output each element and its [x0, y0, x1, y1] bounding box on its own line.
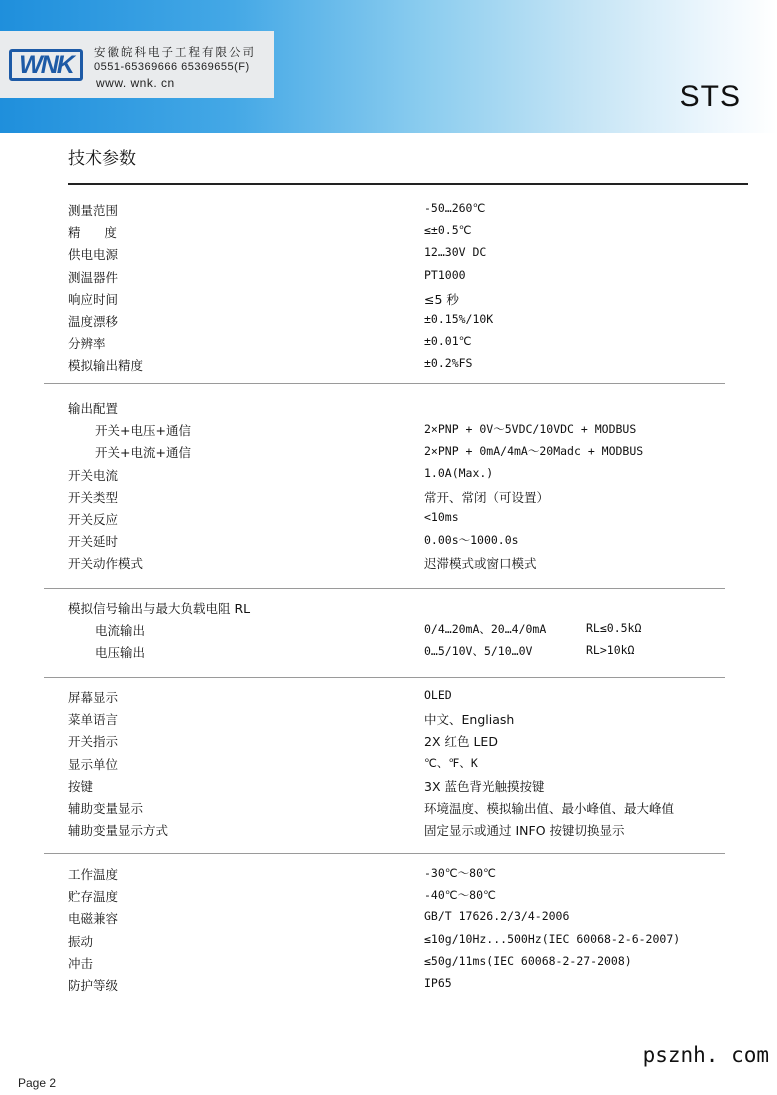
- spec-label: 响应时间: [68, 290, 118, 308]
- spec-row: 辅助变量显示环境温度、模拟输出值、最小峰值、最大峰值: [0, 799, 777, 821]
- spec-label: 显示单位: [68, 755, 118, 773]
- spec-row: 电流输出0/4…20mA、20…4/0mARL≤0.5kΩ: [0, 621, 777, 643]
- spec-row: 供电电源12…30V DC: [0, 245, 777, 267]
- spec-value: 迟滞模式或窗口模式: [424, 554, 537, 572]
- spec-row: 屏幕显示OLED: [0, 688, 777, 710]
- company-name: 安徽皖科电子工程有限公司: [94, 44, 256, 60]
- title-rule: [68, 183, 748, 185]
- spec-row: 测温器件PT1000: [0, 268, 777, 290]
- spec-row: 温度漂移±0.15%/10K: [0, 312, 777, 334]
- spec-value: 0…5/10V、5/10…0V: [424, 643, 532, 659]
- spec-row: 模拟信号输出与最大负载电阻 RL: [0, 599, 777, 621]
- spec-value: 2×PNP + 0V～5VDC/10VDC + MODBUS: [424, 421, 636, 437]
- spec-value: ±0.15%/10K: [424, 312, 493, 326]
- spec-row: 电磁兼容GB/T 17626.2/3/4-2006: [0, 909, 777, 931]
- spec-label: 开关指示: [68, 732, 118, 750]
- spec-label: 按键: [68, 777, 93, 795]
- spec-value: ≤5 秒: [424, 290, 459, 308]
- spec-row: 开关动作模式迟滞模式或窗口模式: [0, 554, 777, 576]
- spec-label: 冲击: [68, 954, 93, 972]
- spec-value: 固定显示或通过 INFO 按键切换显示: [424, 821, 625, 839]
- spec-label: 菜单语言: [68, 710, 118, 728]
- spec-label: 辅助变量显示: [68, 799, 143, 817]
- spec-label: 振动: [68, 932, 93, 950]
- spec-value: ≤±0.5℃: [424, 223, 472, 237]
- spec-row: 开关延时0.00s～1000.0s: [0, 532, 777, 554]
- company-website: www. wnk. cn: [96, 76, 175, 90]
- spec-value: 0/4…20mA、20…4/0mA: [424, 621, 546, 637]
- spec-row: 开关指示2X 红色 LED: [0, 732, 777, 754]
- spec-value: 2X 红色 LED: [424, 732, 498, 750]
- spec-row: 电压输出0…5/10V、5/10…0VRL>10kΩ: [0, 643, 777, 665]
- company-phone: 0551-65369666 65369655(F): [94, 61, 250, 73]
- spec-row: 分辨率±0.01℃: [0, 334, 777, 356]
- spec-value: 3X 蓝色背光触摸按键: [424, 777, 545, 795]
- spec-row: 输出配置: [0, 399, 777, 421]
- page-number: Page 2: [18, 1076, 56, 1090]
- spec-value: 常开、常闭（可设置）: [424, 488, 549, 506]
- spec-label: 辅助变量显示方式: [68, 821, 168, 839]
- spec-label: 工作温度: [68, 865, 118, 883]
- spec-label: 温度漂移: [68, 312, 118, 330]
- spec-value: ≤50g/11ms(IEC 60068-2-27-2008): [424, 954, 632, 968]
- spec-row: 按键3X 蓝色背光触摸按键: [0, 777, 777, 799]
- spec-label: 模拟输出精度: [68, 356, 143, 374]
- spec-label: 贮存温度: [68, 887, 118, 905]
- spec-value: ≤10g/10Hz...500Hz(IEC 60068-2-6-2007): [424, 932, 680, 946]
- page-title: 技术参数: [68, 144, 136, 169]
- spec-load-resistance: RL≤0.5kΩ: [586, 621, 641, 635]
- spec-label: 分辨率: [68, 334, 106, 352]
- spec-row: 冲击≤50g/11ms(IEC 60068-2-27-2008): [0, 954, 777, 976]
- spec-row: 模拟输出精度±0.2%FS: [0, 356, 777, 378]
- wnk-logo: WNK: [9, 49, 83, 81]
- spec-label: 电流输出: [95, 621, 145, 639]
- spec-value: PT1000: [424, 268, 466, 282]
- spec-row: 测量范围-50…260℃: [0, 201, 777, 223]
- spec-row: 开关+电流+通信2×PNP + 0mA/4mA～20Madc + MODBUS: [0, 443, 777, 465]
- spec-value: GB/T 17626.2/3/4-2006: [424, 909, 569, 923]
- spec-row: 辅助变量显示方式固定显示或通过 INFO 按键切换显示: [0, 821, 777, 843]
- spec-label: 开关电流: [68, 466, 118, 484]
- spec-label: 测温器件: [68, 268, 118, 286]
- spec-row: 开关+电压+通信2×PNP + 0V～5VDC/10VDC + MODBUS: [0, 421, 777, 443]
- company-banner: WNK 安徽皖科电子工程有限公司 0551-65369666 65369655(…: [0, 31, 274, 98]
- spec-row: 开关反应<10ms: [0, 510, 777, 532]
- spec-label: 开关动作模式: [68, 554, 143, 572]
- spec-value: <10ms: [424, 510, 459, 524]
- section-divider: [44, 677, 725, 678]
- spec-label: 开关延时: [68, 532, 118, 550]
- spec-label: 开关反应: [68, 510, 118, 528]
- spec-value: 1.0A(Max.): [424, 466, 493, 480]
- spec-value: 0.00s～1000.0s: [424, 532, 519, 548]
- spec-row: 贮存温度-40℃～80℃: [0, 887, 777, 909]
- section-divider: [44, 588, 725, 589]
- spec-value: ℃、℉、K: [424, 755, 478, 771]
- spec-row: 精 度≤±0.5℃: [0, 223, 777, 245]
- spec-value: ±0.2%FS: [424, 356, 472, 370]
- spec-load-resistance: RL>10kΩ: [586, 643, 634, 657]
- product-model: STS: [680, 80, 741, 114]
- spec-value: ±0.01℃: [424, 334, 472, 348]
- spec-label: 开关类型: [68, 488, 118, 506]
- spec-value: 2×PNP + 0mA/4mA～20Madc + MODBUS: [424, 443, 643, 459]
- spec-label: 供电电源: [68, 245, 118, 263]
- spec-label: 模拟信号输出与最大负载电阻 RL: [68, 599, 250, 617]
- spec-value: -30℃～80℃: [424, 865, 496, 881]
- spec-label: 测量范围: [68, 201, 118, 219]
- spec-row: 开关电流1.0A(Max.): [0, 466, 777, 488]
- spec-label: 输出配置: [68, 399, 118, 417]
- spec-row: 振动≤10g/10Hz...500Hz(IEC 60068-2-6-2007): [0, 932, 777, 954]
- spec-value: -50…260℃: [424, 201, 485, 215]
- spec-value: 中文、Engliash: [424, 710, 514, 728]
- spec-label: 开关+电流+通信: [95, 443, 191, 461]
- spec-value: 环境温度、模拟输出值、最小峰值、最大峰值: [424, 799, 674, 817]
- spec-label: 开关+电压+通信: [95, 421, 191, 439]
- spec-label: 电压输出: [95, 643, 145, 661]
- spec-label: 防护等级: [68, 976, 118, 994]
- section-divider: [44, 383, 725, 384]
- spec-row: 菜单语言中文、Engliash: [0, 710, 777, 732]
- spec-value: -40℃～80℃: [424, 887, 496, 903]
- spec-row: 防护等级IP65: [0, 976, 777, 998]
- section-divider: [44, 853, 725, 854]
- spec-value: OLED: [424, 688, 452, 702]
- spec-label: 精 度: [68, 223, 117, 241]
- watermark: psznh. com: [643, 1043, 769, 1067]
- spec-row: 工作温度-30℃～80℃: [0, 865, 777, 887]
- spec-row: 开关类型常开、常闭（可设置）: [0, 488, 777, 510]
- spec-row: 响应时间≤5 秒: [0, 290, 777, 312]
- page-header: WNK 安徽皖科电子工程有限公司 0551-65369666 65369655(…: [0, 0, 777, 133]
- spec-value: IP65: [424, 976, 452, 990]
- spec-label: 电磁兼容: [68, 909, 118, 927]
- spec-label: 屏幕显示: [68, 688, 118, 706]
- spec-row: 显示单位℃、℉、K: [0, 755, 777, 777]
- spec-value: 12…30V DC: [424, 245, 486, 259]
